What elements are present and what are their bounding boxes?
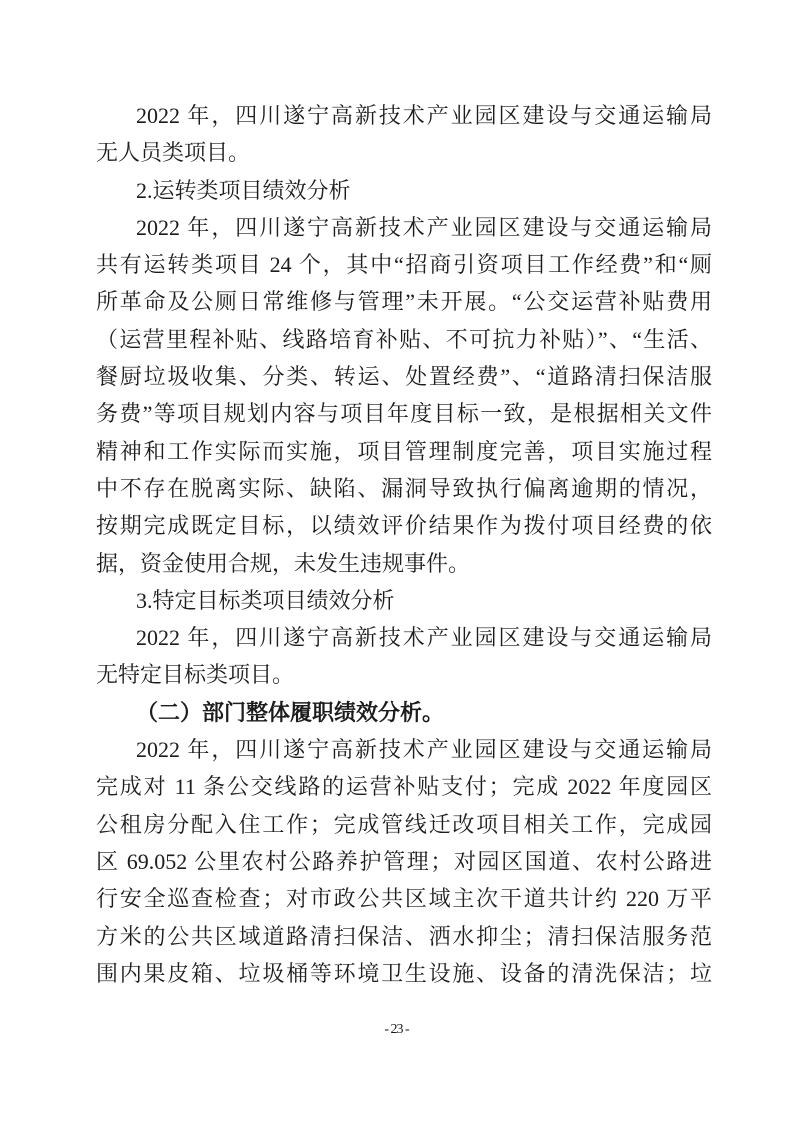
page-number: - 23 - [0,1020,793,1040]
paragraph: 2022 年，四川遂宁高新技术产业园区建设与交通运输局无人员类项目。 [96,97,712,172]
text-line: 方米的公共区域道路清扫保洁、洒水抑尘；清扫保洁服务范 [96,918,712,955]
text-line: 区 69.052 公里农村公路养护管理；对园区国道、农村公路进 [96,843,712,880]
text-line: 2022 年，四川遂宁高新技术产业园区建设与交通运输局 [96,619,712,656]
text-line: 按期完成既定目标，以绩效评价结果作为拨付项目经费的依 [96,507,712,544]
paragraph: 2.运转类项目绩效分析 [96,172,712,209]
text-line: 围内果皮箱、垃圾桶等环境卫生设施、设备的清洗保洁；垃 [96,955,712,992]
text-line: 2.运转类项目绩效分析 [96,172,712,209]
document-body: 2022 年，四川遂宁高新技术产业园区建设与交通运输局无人员类项目。2.运转类项… [96,97,712,992]
text-line: 无特定目标类项目。 [96,656,712,693]
text-line: （运营里程补贴、线路培育补贴、不可抗力补贴）”、“生活、 [96,321,712,358]
paragraph: 2022 年，四川遂宁高新技术产业园区建设与交通运输局无特定目标类项目。 [96,619,712,694]
text-line: 2022 年，四川遂宁高新技术产业园区建设与交通运输局 [96,731,712,768]
text-line: 据，资金使用合规，未发生违规事件。 [96,545,712,582]
text-line: 中不存在脱离实际、缺陷、漏洞导致执行偏离逾期的情况， [96,470,712,507]
text-line: 2022 年，四川遂宁高新技术产业园区建设与交通运输局 [96,97,712,134]
text-line: 3.特定目标类项目绩效分析 [96,582,712,619]
document-page: 2022 年，四川遂宁高新技术产业园区建设与交通运输局无人员类项目。2.运转类项… [0,0,793,1122]
paragraph: 3.特定目标类项目绩效分析 [96,582,712,619]
text-line: （二）部门整体履职绩效分析。 [96,694,712,731]
text-line: 2022 年，四川遂宁高新技术产业园区建设与交通运输局 [96,209,712,246]
text-line: 行安全巡查检查；对市政公共区域主次干道共计约 220 万平 [96,880,712,917]
text-line: 精神和工作实际而实施，项目管理制度完善，项目实施过程 [96,433,712,470]
paragraph: （二）部门整体履职绩效分析。 [96,694,712,731]
text-line: 完成对 11 条公交线路的运营补贴支付；完成 2022 年度园区 [96,768,712,805]
paragraph: 2022 年，四川遂宁高新技术产业园区建设与交通运输局完成对 11 条公交线路的… [96,731,712,992]
text-line: 共有运转类项目 24 个，其中“招商引资项目工作经费”和“厕 [96,246,712,283]
text-line: 务费”等项目规划内容与项目年度目标一致，是根据相关文件 [96,395,712,432]
text-line: 所革命及公厕日常维修与管理”未开展。“公交运营补贴费用 [96,283,712,320]
text-line: 公租房分配入住工作；完成管线迁改项目相关工作，完成园 [96,806,712,843]
paragraph: 2022 年，四川遂宁高新技术产业园区建设与交通运输局共有运转类项目 24 个，… [96,209,712,582]
text-line: 餐厨垃圾收集、分类、转运、处置经费”、“道路清扫保洁服 [96,358,712,395]
text-line: 无人员类项目。 [96,134,712,171]
